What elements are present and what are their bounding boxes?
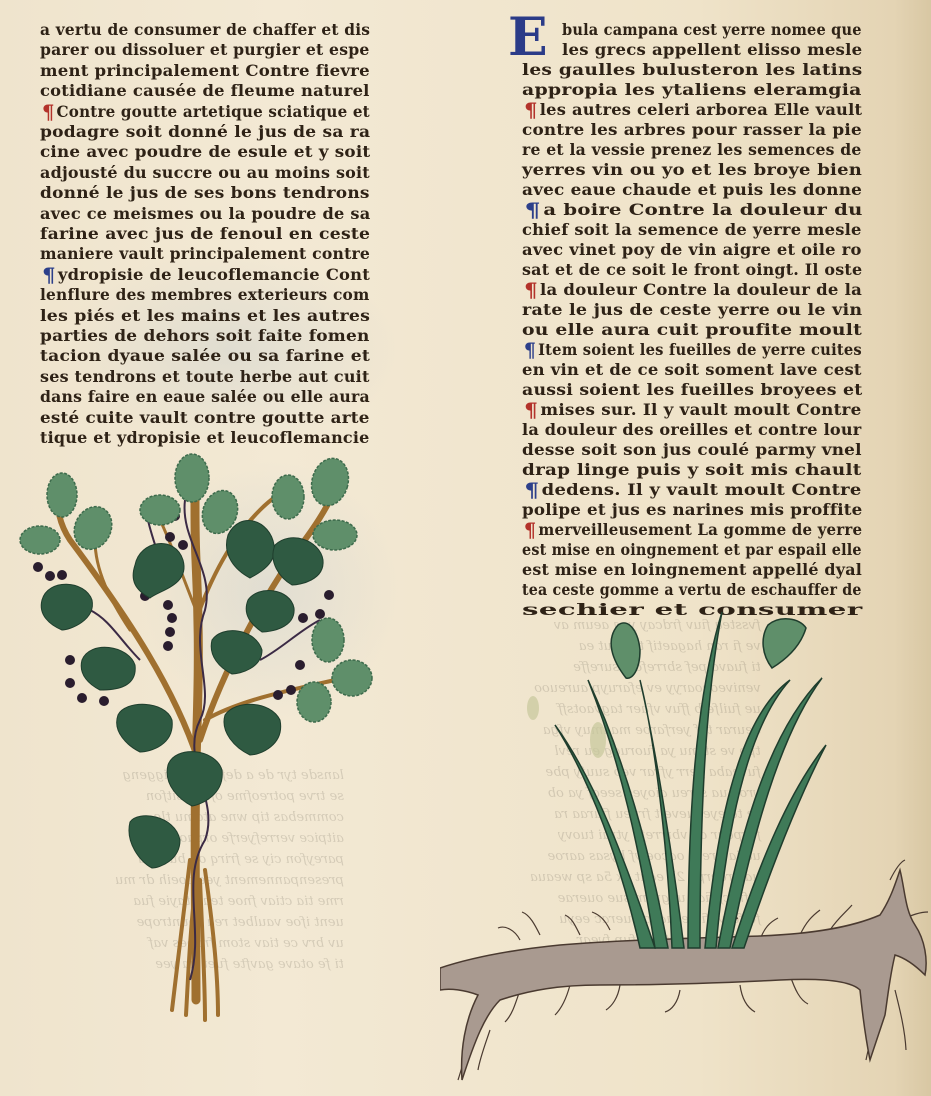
line-text: rate le jus de ceste yerre ou le vin (522, 300, 862, 319)
line-text: les grecs appellent elisso mesle (562, 40, 862, 59)
line-text: la douleur Contre la douleur de la (540, 280, 862, 299)
line-text: ou elle aura cuit proufite moult (522, 320, 862, 339)
manuscript-line: esté cuite vault contre goutte arte (40, 408, 370, 427)
manuscript-line: rate le jus de ceste yerre ou le vin (522, 300, 862, 319)
manuscript-line: parer ou dissoluer et purgier et espe (40, 40, 370, 59)
grass-rhizome-illustration (440, 600, 931, 1096)
line-text: merveilleusement La gomme de yerre (538, 520, 862, 539)
line-text: les piés et les mains et les autres (40, 306, 370, 325)
manuscript-line: les piés et les mains et les autres (40, 306, 370, 325)
grass-blades (555, 612, 826, 948)
manuscript-line: tacion dyaue salée ou sa farine et (40, 346, 370, 365)
line-text: yerres vin ou yo et les broye bien (522, 160, 862, 179)
line-text: drap linge puis y soit mis chault (522, 460, 861, 479)
manuscript-line: ¶la douleur Contre la douleur de la (522, 280, 862, 299)
line-text: podagre soit donné le jus de sa ra (40, 122, 370, 141)
manuscript-line: ¶a boire Contre la douleur du (522, 200, 863, 219)
manuscript-line: drap linge puis y soit mis chault (522, 460, 861, 479)
line-text: lenflure des membres exterieurs com (40, 285, 370, 304)
rhizome (440, 870, 926, 1080)
manuscript-line: contre les arbres pour rasser la pie (522, 120, 862, 139)
line-text: polipe et jus es narines mis proffite (522, 500, 863, 519)
right-text-column: bula campana cest yerre nomee queles gre… (522, 20, 867, 620)
manuscript-line: lenflure des membres exterieurs com (40, 285, 370, 304)
line-text: contre les arbres pour rasser la pie (522, 120, 862, 139)
line-text: donné le jus de ses bons tendrons (40, 183, 370, 202)
manuscript-line: parties de dehors soit faite fomen (40, 326, 370, 345)
line-text: dedens. Il y vault moult Contre (542, 480, 862, 499)
manuscript-line: cine avec poudre de esule et y soit (40, 142, 370, 161)
line-text: dans faire en eaue salée ou elle aura (40, 387, 370, 406)
line-text: parer ou dissoluer et purgier et espe (40, 40, 370, 59)
manuscript-line: ¶ydropisie de leucoflemancie Cont (40, 265, 370, 284)
line-text: la douleur des oreilles et contre lour (522, 420, 861, 439)
line-text: ses tendrons et toute herbe aut cuit (40, 367, 370, 386)
manuscript-line: avec eaue chaude et puis les donne (522, 180, 862, 199)
manuscript-line: ¶dedens. Il y vault moult Contre (522, 480, 862, 499)
rubric-paragraph-mark: ¶ (525, 203, 541, 217)
line-text: ydropisie de leucoflemancie Cont (58, 265, 370, 284)
manuscript-line: en vin et de ce soit soment lave cest (522, 360, 862, 379)
manuscript-line: les gaulles bulusteron les latins (522, 60, 863, 79)
ivy-plant-illustration (0, 440, 460, 1040)
line-text: a vertu de consumer de chaffer et dis (40, 20, 370, 39)
manuscript-line: chief soit la semence de yerre mesle (522, 220, 862, 239)
line-text: aussi soient les fueilles broyees et (522, 380, 862, 399)
manuscript-line: est mise en loingnement appellé dyal (522, 560, 862, 579)
line-text: les gaulles bulusteron les latins (522, 60, 863, 79)
left-text-column: a vertu de consumer de chaffer et dispar… (40, 20, 380, 450)
rubric-paragraph-mark: ¶ (42, 105, 55, 119)
manuscript-line: desse soit son jus coulé parmy vnel (522, 440, 862, 459)
manuscript-line: appropia les ytaliens eleramgia (522, 80, 862, 99)
line-text: a boire Contre la douleur du (543, 200, 862, 219)
manuscript-line: cotidiane causée de fleume naturel (40, 81, 370, 100)
manuscript-line: est mise en oingnement et par espail ell… (522, 540, 862, 559)
rubric-paragraph-mark: ¶ (42, 268, 56, 282)
manuscript-line: yerres vin ou yo et les broye bien (522, 160, 862, 179)
manuscript-line: ¶mises sur. Il y vault moult Contre (522, 400, 862, 419)
manuscript-line: tea ceste gomme a vertu de eschauffer de (522, 580, 862, 599)
rubric-paragraph-mark: ¶ (524, 103, 538, 117)
rubric-paragraph-mark: ¶ (524, 523, 537, 537)
manuscript-line: re et la vessie prenez les semences de (522, 140, 862, 159)
manuscript-line: la douleur des oreilles et contre lour (522, 420, 861, 439)
manuscript-line: adjousté du succre ou au moins soit (40, 163, 370, 182)
stray-paint-spots (527, 696, 606, 758)
line-text: tea ceste gomme a vertu de eschauffer de (522, 580, 862, 599)
line-text: appropia les ytaliens eleramgia (522, 80, 862, 99)
manuscript-line: avec ce meismes ou la poudre de sa (40, 204, 370, 223)
rubric-paragraph-mark: ¶ (524, 343, 536, 357)
line-text: Item soient les fueilles de yerre cuites (538, 340, 862, 359)
line-text: Contre goutte artetique sciatique et (57, 102, 370, 121)
manuscript-line: maniere vault principalement contre (40, 244, 370, 263)
line-text: mises sur. Il y vault moult Contre (540, 400, 861, 419)
manuscript-line: avec vinet poy de vin aigre et oile ro (522, 240, 862, 259)
line-text: tacion dyaue salée ou sa farine et (40, 346, 370, 365)
rubric-paragraph-mark: ¶ (524, 403, 538, 417)
line-text: adjousté du succre ou au moins soit (40, 163, 370, 182)
line-text: avec eaue chaude et puis les donne (522, 180, 862, 199)
line-text: desse soit son jus coulé parmy vnel (522, 440, 862, 459)
line-text: est mise en oingnement et par espail ell… (522, 540, 862, 559)
manuscript-line: les grecs appellent elisso mesle (562, 40, 862, 59)
manuscript-line: sat et de ce soit le front oingt. Il ost… (522, 260, 862, 279)
manuscript-line: ses tendrons et toute herbe aut cuit (40, 367, 370, 386)
manuscript-line: dans faire en eaue salée ou elle aura (40, 387, 370, 406)
manuscript-line: polipe et jus es narines mis proffite (522, 500, 863, 519)
line-text: re et la vessie prenez les semences de (522, 140, 862, 159)
manuscript-line: a vertu de consumer de chaffer et dis (40, 20, 370, 39)
manuscript-line: farine avec jus de fenoul en ceste (40, 224, 370, 243)
manuscript-line: ou elle aura cuit proufite moult (522, 320, 862, 339)
line-text: ment principalement Contre fievre (40, 61, 370, 80)
line-text: est mise en loingnement appellé dyal (522, 560, 862, 579)
manuscript-line: ¶Item soient les fueilles de yerre cuite… (522, 340, 862, 359)
line-text: esté cuite vault contre goutte arte (40, 408, 370, 427)
line-text: chief soit la semence de yerre mesle (522, 220, 862, 239)
manuscript-line: podagre soit donné le jus de sa ra (40, 122, 370, 141)
manuscript-line: donné le jus de ses bons tendrons (40, 183, 370, 202)
manuscript-line: ¶merveilleusement La gomme de yerre (522, 520, 862, 539)
line-text: avec ce meismes ou la poudre de sa (40, 204, 370, 223)
line-text: cotidiane causée de fleume naturel (40, 81, 370, 100)
line-text: en vin et de ce soit soment lave cest (522, 360, 862, 379)
line-text: cine avec poudre de esule et y soit (40, 142, 370, 161)
line-text: maniere vault principalement contre (40, 244, 370, 263)
line-text: parties de dehors soit faite fomen (40, 326, 370, 345)
rubric-paragraph-mark: ¶ (524, 283, 538, 297)
manuscript-line: ¶Contre goutte artetique sciatique et (40, 102, 370, 121)
line-text: bula campana cest yerre nomee que (562, 20, 862, 39)
manuscript-line: bula campana cest yerre nomee que (562, 20, 862, 39)
line-text: farine avec jus de fenoul en ceste (40, 224, 370, 243)
line-text: les autres celeri arborea Elle vault (540, 100, 862, 119)
line-text: sat et de ce soit le front oingt. Il ost… (522, 260, 862, 279)
manuscript-line: ¶les autres celeri arborea Elle vault (522, 100, 862, 119)
line-text: avec vinet poy de vin aigre et oile ro (522, 240, 862, 259)
manuscript-line: ment principalement Contre fievre (40, 61, 370, 80)
rubric-paragraph-mark: ¶ (524, 483, 539, 497)
manuscript-line: aussi soient les fueilles broyees et (522, 380, 862, 399)
